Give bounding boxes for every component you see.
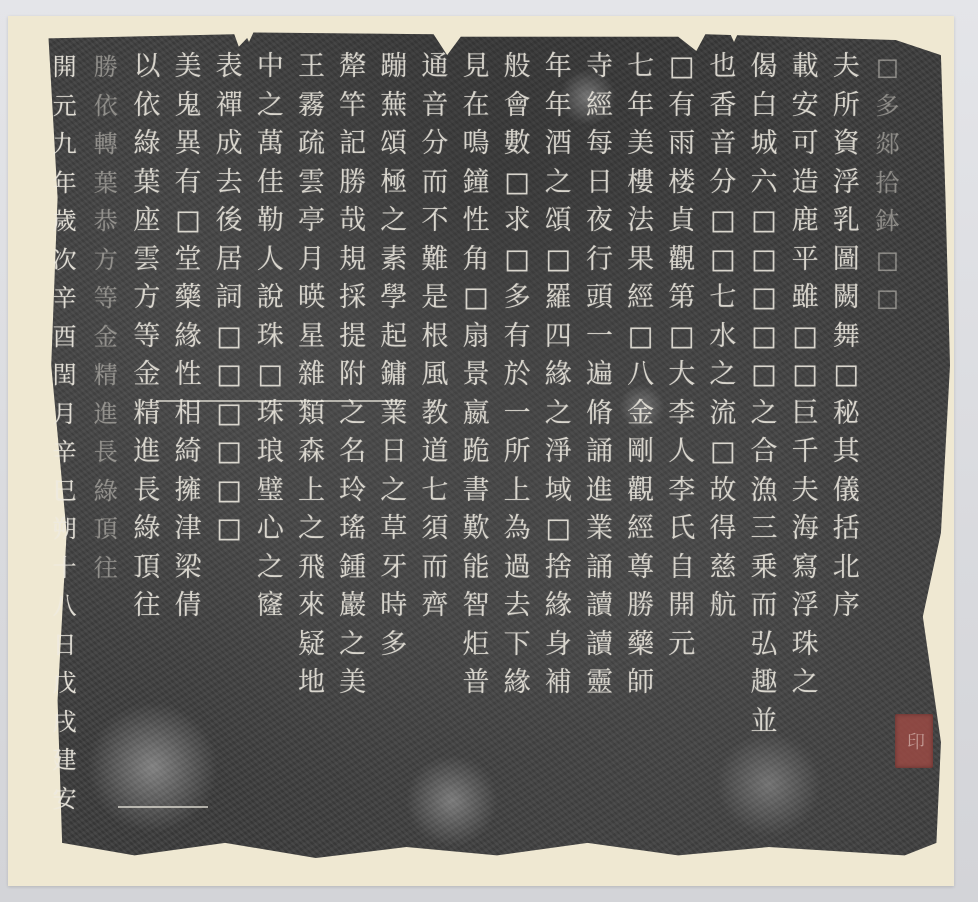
inscription-character: 雖 [788,279,822,318]
inscription-column: 七年美樓法果經□八金剛觀經尊勝藥師 [620,40,661,860]
inscription-character: 綠 [89,472,123,511]
inscription-character: 朔 [48,510,82,549]
inscription-character: 來 [294,587,328,626]
inscription-character: 造 [788,164,822,203]
inscription-character: 有 [171,164,205,203]
seal-glyph: 印 [901,732,927,750]
inscription-character: 氏 [665,510,699,549]
inscription-character: 鹿 [788,202,822,241]
inscription-character: 過 [500,549,534,588]
inscription-character: 雜 [294,356,328,395]
inscription-character: 法 [624,202,658,241]
inscription-character: 慈 [706,549,740,588]
inscription-character: 金 [624,395,658,434]
inscription-character: 分 [418,125,452,164]
inscription-character: 通 [418,48,452,87]
inscription-character: 綺 [171,433,205,472]
inscription-character: 歲 [48,202,82,241]
inscription-column: 也香音分□□七水之流□故得慈航 [702,40,743,860]
inscription-character: 七 [624,48,658,87]
inscription-character: □ [500,164,534,203]
inscription-character: □ [212,356,246,395]
inscription-character: 星 [294,318,328,357]
inscription-character: 進 [582,472,616,511]
inscription-character: 鬼 [171,87,205,126]
inscription-column: 年年酒之頌□羅四緣之淨域□捨緣身補 [538,40,579,860]
inscription-character: 葉 [89,164,123,203]
inscription-character: 求 [500,202,534,241]
inscription-character: 上 [294,472,328,511]
inscription-character: 須 [418,510,452,549]
inscription-character: 羅 [541,279,575,318]
inscription-character: 方 [89,241,123,280]
inscription-character: 性 [171,356,205,395]
inscription-character: 次 [48,241,82,280]
inscription-character: 梁 [171,549,205,588]
inscription-character: 音 [418,87,452,126]
inscription-character: 金 [89,318,123,357]
collector-seal: 印 [895,714,933,768]
inscription-character: 草 [377,510,411,549]
inscription-character: 雨 [665,125,699,164]
inscription-character: 禪 [212,87,246,126]
incised-rule-line [156,400,406,402]
inscription-character: 葉 [130,164,164,203]
inscription-character: 經 [582,87,616,126]
inscription-character: 自 [665,549,699,588]
inscription-character: 年 [624,87,658,126]
inscription-character: 分 [706,164,740,203]
inscription-character: 多 [500,279,534,318]
inscription-character: 根 [418,318,452,357]
inscription-character: 美 [336,664,370,703]
inscription-character: 竿 [336,87,370,126]
inscription-character: 樓 [624,164,658,203]
inscription-character: 長 [89,433,123,472]
inscription-character: 依 [89,87,123,126]
inscription-character: 轉 [89,125,123,164]
inscription-character: 平 [788,241,822,280]
inscription-character: 漁 [747,472,781,511]
inscription-character: 身 [541,626,575,665]
paper-tear-notch [440,16,464,42]
inscription-character: 能 [459,549,493,588]
inscription-character: 夫 [788,472,822,511]
inscription-character: 名 [336,433,370,472]
inscription-character: □ [747,202,781,241]
inscription-character: 提 [336,318,370,357]
paper-tear-notch [722,16,746,42]
inscription-character: 尊 [624,549,658,588]
inscription-character: 見 [459,48,493,87]
inscription-character: 倩 [171,587,205,626]
inscription-character: 勝 [89,48,123,87]
inscription-character: 之 [336,626,370,665]
inscription-character: 貞 [665,202,699,241]
inscription-character: 亭 [294,202,328,241]
inscription-character: 擁 [171,472,205,511]
inscription-character: 寺 [582,48,616,87]
inscription-character: 楼 [665,164,699,203]
inscription-character: 拾 [870,164,904,203]
inscription-character: 夫 [829,48,863,87]
inscription-character: 補 [541,664,575,703]
inscription-character: 儀 [829,472,863,511]
inscription-column: 通音分而不難是根風教道七須而齊 [414,40,455,860]
inscription-character: 秘 [829,395,863,434]
inscription-column: 美鬼異有□堂藥緣性相綺擁津梁倩 [167,40,208,860]
inscription-character: 進 [130,433,164,472]
inscription-character: 四 [541,318,575,357]
inscription-character: 般 [500,48,534,87]
inscription-character: 李 [665,395,699,434]
inscription-character: 霧 [294,87,328,126]
inscription-character: 誦 [582,549,616,588]
inscription-character: 勝 [336,164,370,203]
inscription-character: □ [706,241,740,280]
inscription-character: 每 [582,125,616,164]
inscription-character: 頌 [377,125,411,164]
inscription-character: 之 [377,202,411,241]
inscription-character: 疏 [294,125,328,164]
inscription-character: 藥 [171,279,205,318]
inscription-character: 一 [582,318,616,357]
inscription-character: 趣 [747,664,781,703]
inscription-character: 也 [706,48,740,87]
inscription-character: 資 [829,125,863,164]
inscription-character: 珠 [788,626,822,665]
inscription-character: 香 [706,87,740,126]
inscription-character: 脩 [582,395,616,434]
inscription-character: 學 [377,279,411,318]
inscription-character: 是 [418,279,452,318]
inscription-character: 人 [665,433,699,472]
inscription-character: 等 [89,279,123,318]
inscription-character: 水 [706,318,740,357]
inscription-character: 有 [665,87,699,126]
inscription-character: □ [500,241,534,280]
inscription-character: 括 [829,510,863,549]
inscription-character: □ [212,318,246,357]
inscription-character: 表 [212,48,246,87]
inscription-character: 恭 [89,202,123,241]
inscription-character: 第 [665,279,699,318]
inscription-character: 扇 [459,318,493,357]
inscription-character: 日 [377,433,411,472]
inscription-character: 八 [48,587,82,626]
inscription-character: 偈 [747,48,781,87]
inscription-character: □ [747,241,781,280]
inscription-character: 長 [130,472,164,511]
inscription-character: 進 [89,395,123,434]
inscription-character: 果 [624,241,658,280]
inscription-character: 閏 [48,356,82,395]
inscription-character: 開 [665,587,699,626]
inscription-character: 李 [665,472,699,511]
inscription-character: 序 [829,587,863,626]
inscription-character: 極 [377,164,411,203]
inscription-column: 偈白城六□□□□□之合漁三乗而弘趣並 [743,40,784,860]
inscription-character: 飛 [294,549,328,588]
inscription-character: 難 [418,241,452,280]
inscription-character: 其 [829,433,863,472]
inscription-character: 性 [459,202,493,241]
inscription-column: 寺經每日夜行頭一遍脩誦進業誦讀讀靈 [579,40,620,860]
inscription-character: 六 [747,164,781,203]
inscription-character: 之 [253,87,287,126]
inscription-character: 並 [747,703,781,742]
inscription-character: 地 [294,664,328,703]
inscription-character: 之 [377,472,411,511]
inscription-character: 琅 [253,433,287,472]
inscription-character: 堂 [171,241,205,280]
inscription-character: 剛 [624,433,658,472]
inscription-character: 一 [500,395,534,434]
inscription-character: 合 [747,433,781,472]
inscription-character: 城 [747,125,781,164]
inscription-character: 捨 [541,549,575,588]
inscription-character: 圖 [829,241,863,280]
inscription-character: 三 [747,510,781,549]
inscription-character: 異 [171,125,205,164]
inscription-character: 乳 [829,202,863,241]
inscription-character: 往 [130,587,164,626]
inscription-character: 綠 [130,125,164,164]
inscription-character: 為 [500,510,534,549]
inscription-character: 闕 [829,279,863,318]
inscription-character: 八 [624,356,658,395]
inscription-character: 蹦 [377,48,411,87]
inscription-character: 之 [541,395,575,434]
inscription-column: 見在鳴鐘性角□扇景嬴跪書歎能智炬普 [455,40,496,860]
inscription-character: 方 [130,279,164,318]
inscription-character: 頂 [130,549,164,588]
inscription-character: 開 [48,48,82,87]
inscription-character: 辛 [48,433,82,472]
inscription-character: 下 [500,626,534,665]
inscription-character: □ [541,510,575,549]
inscription-character: 勝 [624,587,658,626]
inscription-character: 多 [377,626,411,665]
inscription-character: 海 [788,510,822,549]
inscription-character: 數 [500,125,534,164]
inscription-character: 窿 [253,587,287,626]
inscription-character: 誦 [582,433,616,472]
inscription-character: 辛 [48,279,82,318]
inscription-character: 去 [212,164,246,203]
inscription-character: 佳 [253,164,287,203]
inscription-character: 安 [788,87,822,126]
inscription-character: 而 [747,587,781,626]
inscription-character: 往 [89,549,123,588]
inscription-character: 普 [459,664,493,703]
inscription-character: 萬 [253,125,287,164]
inscription-character: 詞 [212,279,246,318]
inscription-character: 美 [624,125,658,164]
inscription-character: 浮 [829,164,863,203]
inscription-character: 王 [294,48,328,87]
inscription-character: 於 [500,356,534,395]
inscription-character: □ [788,318,822,357]
inscription-character: 巨 [788,395,822,434]
inscription-character: 藥 [624,626,658,665]
inscription-character: 之 [294,510,328,549]
inscription-character: 綠 [130,510,164,549]
inscription-character: 載 [788,48,822,87]
inscription-character: 寫 [788,549,822,588]
inscription-character: □ [788,356,822,395]
inscription-character: 時 [377,587,411,626]
inscription-character: 觀 [624,472,658,511]
inscription-character: 素 [377,241,411,280]
inscription-character: 等 [130,318,164,357]
inscription-character: 頌 [541,202,575,241]
inscription-character: 雲 [294,164,328,203]
inscription-character: 建 [48,741,82,780]
inscription-character: □ [706,433,740,472]
inscription-character: 經 [624,510,658,549]
inscription-character: 玲 [336,472,370,511]
inscription-character: 域 [541,472,575,511]
inscription-character: 郯 [870,125,904,164]
inscription-character: 齊 [418,587,452,626]
inscription-character: 教 [418,395,452,434]
inscription-character: 年 [541,48,575,87]
inscription-character: 師 [624,664,658,703]
inscription-character: 瑤 [336,510,370,549]
inscription-character: □ [624,318,658,357]
inscription-character: 可 [788,125,822,164]
inscription-character: 記 [336,125,370,164]
inscription-character: 犛 [336,48,370,87]
inscription-character: 鏞 [377,356,411,395]
inscription-character: 疑 [294,626,328,665]
inscription-character: 心 [253,510,287,549]
inscription-character: 鳴 [459,125,493,164]
inscription-column: 王霧疏雲亭月暎星雜類森上之飛來疑地 [291,40,332,860]
inscription-character: □ [829,356,863,395]
inscription-character: 角 [459,241,493,280]
inscription-character: 之 [747,395,781,434]
inscription-character: 上 [500,472,534,511]
inscription-character: 得 [706,510,740,549]
inscription-character: 年 [48,164,82,203]
inscription-character: 所 [500,433,534,472]
inscription-character: 乗 [747,549,781,588]
inscription-character: 之 [541,164,575,203]
inscription-character: 緣 [500,664,534,703]
inscription-character: 附 [336,356,370,395]
inscription-character: 靈 [582,664,616,703]
inscription-character: 牙 [377,549,411,588]
inscription-column: 般會數□求□多有於一所上為過去下緣 [497,40,538,860]
inscription-character: 起 [377,318,411,357]
inscription-column: 中之萬佳勒人說珠□珠琅璧心之窿 [250,40,291,860]
inscription-character: 淨 [541,433,575,472]
inscription-character: 居 [212,241,246,280]
inscription-character: □ [870,48,904,87]
inscription-column: 夫所資浮乳圖闕舞□秘其儀括北序 [826,40,867,860]
inscription-character: 成 [212,125,246,164]
inscription-character: 而 [418,549,452,588]
inscription-character: 之 [788,664,822,703]
inscription-character: 巳 [48,472,82,511]
incised-rule-line [118,806,208,808]
inscription-character: □ [665,318,699,357]
inscription-character: 所 [829,87,863,126]
inscription-character: 炬 [459,626,493,665]
inscription-character: 景 [459,356,493,395]
inscription-character: □ [706,202,740,241]
inscription-character: 會 [500,87,534,126]
inscription-character: 業 [582,510,616,549]
inscription-character: □ [747,356,781,395]
inscription-character: 金 [130,356,164,395]
inscription-character: 讀 [582,626,616,665]
inscription-character: 航 [706,587,740,626]
inscription-character: 十 [48,549,82,588]
inscription-character: 風 [418,356,452,395]
inscription-character: 在 [459,87,493,126]
inscription-character: □ [171,202,205,241]
inscription-character: 歎 [459,510,493,549]
inscription-character: 精 [89,356,123,395]
inscription-character: 規 [336,241,370,280]
inscription-character: 北 [829,549,863,588]
inscription-character: 津 [171,510,205,549]
inscription-character: 而 [418,164,452,203]
inscription-character: 之 [253,549,287,588]
inscription-character: 夜 [582,202,616,241]
inscription-character: 雲 [130,241,164,280]
inscription-character: □ [870,279,904,318]
inscription-character: □ [541,241,575,280]
inscription-character: 年 [541,87,575,126]
inscription-character: 巖 [336,587,370,626]
inscription-character: 大 [665,356,699,395]
paper-tear-notch [237,16,261,42]
inscription-character: 音 [706,125,740,164]
inscription-character: 後 [212,202,246,241]
inscription-character: 勒 [253,202,287,241]
inscription-character: 璧 [253,472,287,511]
inscription-character: 浮 [788,587,822,626]
inscription-column: 以依綠葉座雲方等金精進長綠頂往 [126,40,167,860]
inscription-character: 頭 [582,279,616,318]
inscription-character: 鍾 [336,549,370,588]
inscription-character: 鐘 [459,164,493,203]
inscription-character: 月 [48,395,82,434]
inscription-column: 表禪成去後居詞□□□□□□ [209,40,250,860]
inscription-character: 戌 [48,703,82,742]
inscription-character: □ [665,48,699,87]
inscription-character: 跪 [459,433,493,472]
inscription-character: □ [212,433,246,472]
inscription-character: 日 [582,164,616,203]
inscription-character: 緣 [541,356,575,395]
inscription-character: □ [253,356,287,395]
inscription-character: □ [459,279,493,318]
inscription-character: 中 [253,48,287,87]
inscription-character: 安 [48,780,82,819]
inscription-character: 行 [582,241,616,280]
inscription-character: □ [747,318,781,357]
inscription-character: 珠 [253,318,287,357]
inscription-character: 書 [459,472,493,511]
inscription-character: 緣 [541,587,575,626]
inscription-character: 七 [706,279,740,318]
inscription-character: 千 [788,433,822,472]
